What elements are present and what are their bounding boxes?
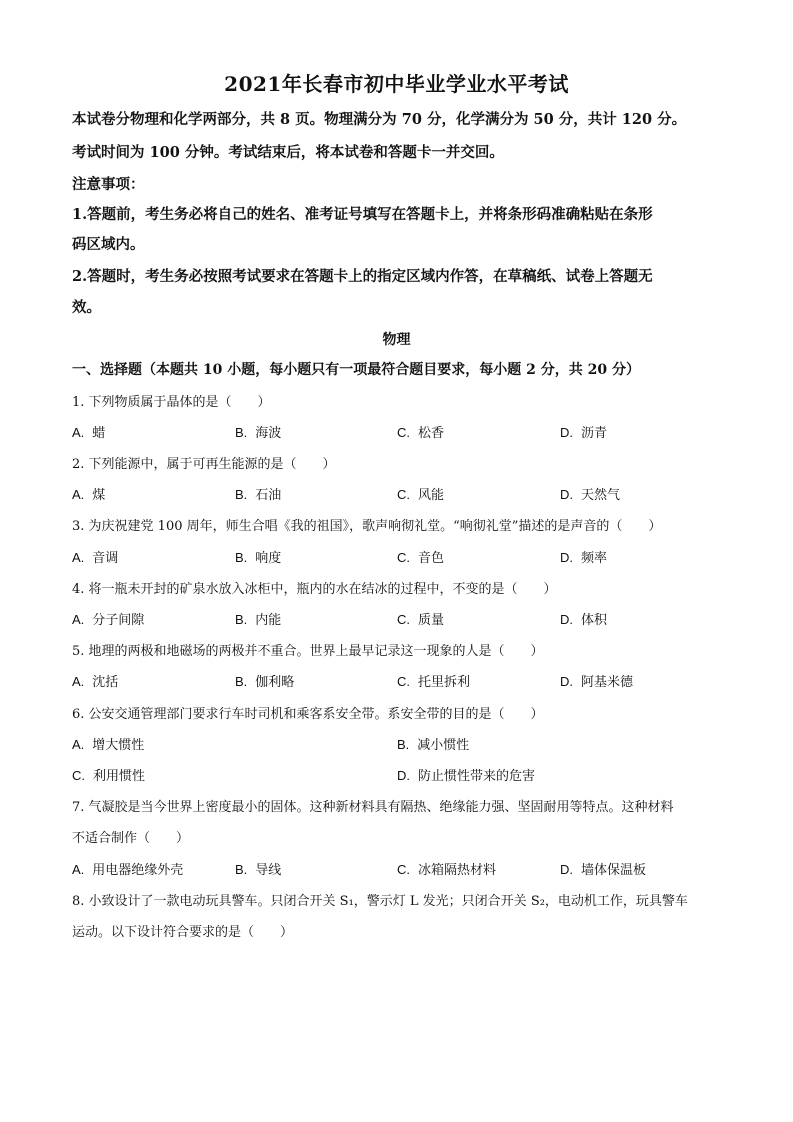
option-6b: B.减小惯性 — [397, 734, 469, 753]
option-4a: A.分子间隙 — [72, 609, 144, 628]
option-5a: A.沈括 — [72, 671, 118, 690]
option-7b: B.导线 — [235, 859, 281, 878]
question-4: 4. 将一瓶未开封的矿泉水放入冰柜中，瓶内的水在结冰的过程中，不变的是（ ） — [72, 578, 557, 597]
option-5c: C.托里拆利 — [397, 671, 470, 690]
option-1b: B.海波 — [235, 422, 281, 441]
option-3c: C.音色 — [397, 547, 444, 566]
option-2a: A.煤 — [72, 484, 105, 503]
question-7-line-1: 7. 气凝胶是当今世界上密度最小的固体。这种新材料具有隔热、绝缘能力强、坚固耐用… — [72, 796, 674, 815]
option-3b: B.响度 — [235, 547, 281, 566]
option-2d: D.天然气 — [560, 484, 620, 503]
question-6: 6. 公安交通管理部门要求行车时司机和乘客系安全带。系安全带的目的是（ ） — [72, 703, 544, 722]
question-8-line-1: 8. 小致设计了一款电动玩具警车。只闭合开关 S₁，警示灯 L 发光；只闭合开关… — [72, 890, 688, 909]
option-1d: D.沥青 — [560, 422, 607, 441]
question-5: 5. 地理的两极和地磁场的两极并不重合。世界上最早记录这一现象的人是（ ） — [72, 640, 544, 659]
question-3: 3. 为庆祝建党 100 周年，师生合唱《我的祖国》，歌声响彻礼堂。“响彻礼堂”… — [72, 515, 661, 534]
notice-1-line-2: 码区域内。 — [72, 233, 145, 254]
option-6c: C.利用惯性 — [72, 765, 145, 784]
option-2b: B.石油 — [235, 484, 281, 503]
option-2c: C.风能 — [397, 484, 444, 503]
intro-line-1: 本试卷分物理和化学两部分，共 8 页。物理满分为 70 分，化学满分为 50 分… — [72, 108, 686, 129]
intro-line-2: 考试时间为 100 分钟。考试结束后，将本试卷和答题卡一并交回。 — [72, 141, 504, 162]
notice-2-line-1: 2.答题时，考生务必按照考试要求在答题卡上的指定区域内作答，在草稿纸、试卷上答题… — [72, 265, 653, 286]
option-3d: D.频率 — [560, 547, 607, 566]
option-5d: D.阿基米德 — [560, 671, 633, 690]
option-1a: A.蜡 — [72, 422, 105, 441]
question-2: 2. 下列能源中，属于可再生能源的是（ ） — [72, 453, 336, 472]
notice-2-line-2: 效。 — [72, 296, 101, 317]
option-7c: C.冰箱隔热材料 — [397, 859, 496, 878]
option-1c: C.松香 — [397, 422, 444, 441]
question-1: 1. 下列物质属于晶体的是（ ） — [72, 391, 271, 410]
option-6a: A.增大惯性 — [72, 734, 144, 753]
question-7-line-2: 不适合制作（ ） — [72, 827, 189, 846]
section-heading: 一、选择题（本题共 10 小题，每小题只有一项最符合题目要求，每小题 2 分，共… — [72, 359, 640, 379]
option-3a: A.音调 — [72, 547, 118, 566]
option-6d: D.防止惯性带来的危害 — [397, 765, 535, 784]
option-7d: D.墙体保温板 — [560, 859, 646, 878]
question-8-line-2: 运动。以下设计符合要求的是（ ） — [72, 921, 293, 940]
exam-page: 2021年长春市初中毕业学业水平考试 本试卷分物理和化学两部分，共 8 页。物理… — [0, 0, 793, 1122]
option-4b: B.内能 — [235, 609, 281, 628]
option-5b: B.伽利略 — [235, 671, 294, 690]
option-7a: A.用电器绝缘外壳 — [72, 859, 183, 878]
exam-title: 2021年长春市初中毕业学业水平考试 — [0, 68, 793, 97]
option-4c: C.质量 — [397, 609, 444, 628]
option-4d: D.体积 — [560, 609, 607, 628]
subject-heading: 物理 — [0, 329, 793, 349]
notice-heading: 注意事项： — [72, 173, 145, 194]
notice-1-line-1: 1.答题前，考生务必将自己的姓名、准考证号填写在答题卡上，并将条形码准确粘贴在条… — [72, 203, 653, 224]
